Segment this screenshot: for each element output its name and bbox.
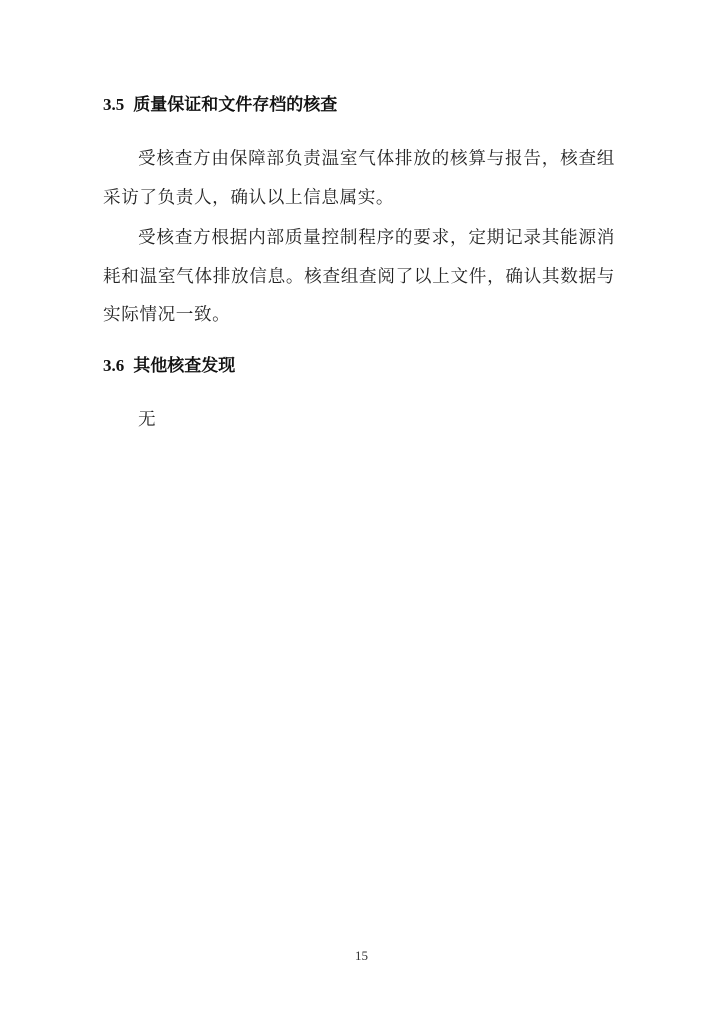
section-title: 质量保证和文件存档的核查 (133, 95, 337, 115)
paragraph: 受核查方由保障部负责温室气体排放的核算与报告，核查组采访了负责人，确认以上信息属… (103, 140, 615, 217)
document-page: 3.5质量保证和文件存档的核查 受核查方由保障部负责温室气体排放的核算与报告，核… (0, 0, 723, 1024)
section-number: 3.5 (103, 95, 124, 114)
paragraph: 受核查方根据内部质量控制程序的要求，定期记录其能源消耗和温室气体排放信息。核查组… (103, 219, 615, 335)
paragraph: 无 (103, 401, 615, 440)
section-heading-3-6: 3.6其他核查发现 (103, 354, 235, 378)
section-number: 3.6 (103, 356, 124, 375)
section-heading-3-5: 3.5质量保证和文件存档的核查 (103, 93, 337, 117)
section-title: 其他核查发现 (133, 356, 235, 376)
page-number: 15 (0, 948, 723, 964)
